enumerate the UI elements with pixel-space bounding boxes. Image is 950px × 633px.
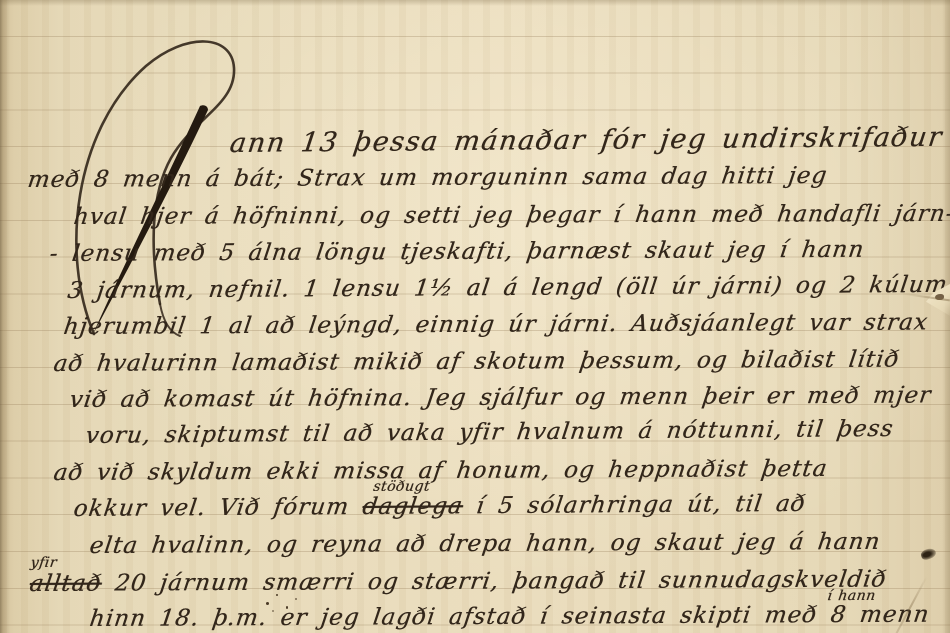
- paper-edge-top: [0, 0, 950, 6]
- interlinear-correction: yfir: [30, 555, 58, 571]
- interlinear-correction: stöðugt: [372, 479, 431, 495]
- line-14-tail: 8 menní hann: [829, 602, 931, 629]
- manuscript-line-2: með 8 menn á bát; Strax um morguninn sam…: [26, 163, 829, 193]
- manuscript-line-8: við að komast út höfnina. Jeg sjálfur og…: [68, 382, 933, 413]
- interlinear-insertion: í hann: [826, 588, 877, 604]
- ink-smudge: [920, 547, 937, 561]
- manuscript-line-4: - lensu með 5 álna löngu tjeskafti, þarn…: [48, 237, 866, 267]
- strikethrough-word: daglegastöðugt: [361, 493, 465, 520]
- manuscript-line-12: elta hvalinn, og reyna að drepa hann, og…: [88, 529, 882, 559]
- line-14-text-post: 8 menn: [829, 602, 931, 629]
- line-13-text-post: 20 járnum smærri og stærri, þangað til s…: [100, 567, 889, 597]
- manuscript-line-10: að við skyldum ekki missa af honum, og h…: [52, 456, 829, 486]
- manuscript-line-5: 3 járnum, nefnil. 1 lensu 1½ al á lengd …: [66, 272, 949, 304]
- struck-word-text: daglega: [361, 493, 465, 520]
- manuscript-line-7: að hvalurinn lamaðist mikið af skotum þe…: [52, 347, 901, 377]
- manuscript-line-3: hval hjer á höfninni, og setti jeg þegar…: [72, 201, 950, 230]
- paper-edge-left: [0, 0, 10, 633]
- strikethrough-word: alltaðyfir: [28, 571, 103, 597]
- struck-word-text: alltað: [28, 571, 103, 597]
- manuscript-line-9: voru, skiptumst til að vaka yfir hvalnum…: [84, 416, 895, 449]
- manuscript-line-1: ann 13 þessa mánaðar fór jeg undirskrifa…: [228, 120, 950, 159]
- line-11-text-pre: okkur vel. Við fórum: [72, 494, 364, 522]
- ink-specks: [262, 592, 310, 618]
- manuscript-line-11: okkur vel. Við fórum daglegastöðugt í 5 …: [72, 491, 808, 522]
- manuscript-line-6: hjerumbil 1 al að leýngd, einnig úr járn…: [62, 309, 930, 340]
- manuscript-page: ann 13 þessa mánaðar fór jeg undirskrifa…: [0, 0, 950, 633]
- line-14-text-pre: hinn 18. þ.m. er jeg lagði afstað í sein…: [88, 602, 832, 632]
- manuscript-line-13: alltaðyfir 20 járnum smærri og stærri, þ…: [28, 567, 888, 597]
- paper-edge-right: [942, 0, 950, 633]
- line-11-text-post: í 5 sólarhringa út, til að: [461, 491, 807, 519]
- manuscript-line-14: hinn 18. þ.m. er jeg lagði afstað í sein…: [88, 602, 931, 632]
